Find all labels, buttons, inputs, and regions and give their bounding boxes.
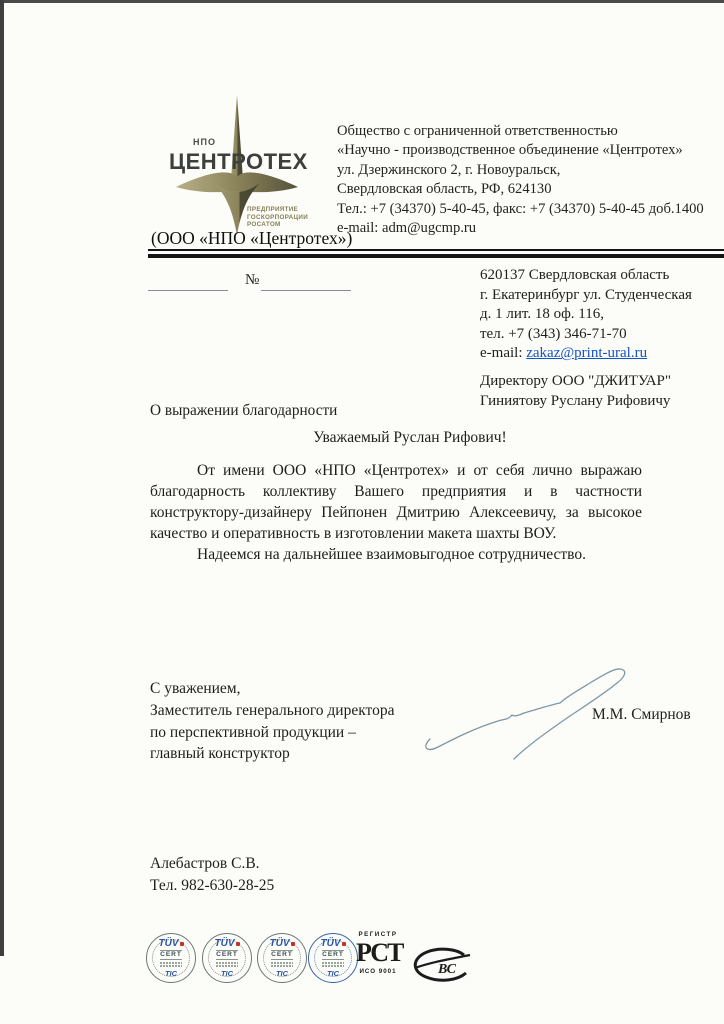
email-label: e-mail: (480, 345, 526, 361)
closing-line: С уважением, (150, 678, 395, 700)
tuv-logo: TÜV (215, 939, 240, 949)
closing-line: по перспективной продукции – (150, 722, 395, 744)
logo-caption-line: ГОСКОРПОРАЦИИ (247, 214, 308, 222)
tuv-microtext (322, 962, 344, 964)
letter-paragraph: От имени ООО «НПО «Центротех» и от себя … (150, 460, 642, 544)
tuv-cert-label: CERT (271, 950, 293, 960)
tuv-cert-stamp-3: TÜV CERT TIC (257, 933, 307, 983)
logo-npo-label: НПО (193, 137, 216, 147)
tuv-cert-stamp-1: TÜV CERT TIC (146, 933, 196, 983)
tic-label: TIC (327, 969, 339, 978)
ibc-label: ВС (437, 962, 457, 977)
contact-phone: Тел. 982-630-28-25 (150, 875, 274, 897)
recipient-email-line: e-mail: zakaz@print-ural.ru (480, 344, 692, 364)
org-short-name: (ООО «НПО «Центротех») (151, 228, 352, 249)
scan-edge-top (0, 0, 724, 3)
ibc-certification-logo: ВС (408, 946, 474, 984)
scan-edge-left (0, 0, 4, 956)
gost-r-register-mark: РЕГИСТР РСТ ИСО 9001 (356, 931, 400, 989)
addressee-line: Директору ООО "ДЖИТУАР" (480, 372, 692, 392)
number-sign: № (245, 272, 259, 289)
tic-label: TIC (165, 969, 177, 978)
iso-9001-label: ИСО 9001 (356, 968, 400, 975)
tuv-cert-label: CERT (322, 950, 344, 960)
tuv-logo: TÜV (159, 939, 184, 949)
tuv-microtext (216, 962, 238, 964)
letter-salutation: Уважаемый Руслан Рифович! (150, 429, 670, 447)
tuv-cert-stamp-2: TÜV CERT TIC (202, 933, 252, 983)
letter-paragraph: Надеемся на дальнейшее взаимовыгодное со… (150, 544, 642, 565)
recipient-address-line: 620137 Свердловская область (480, 266, 692, 286)
tuv-microtext (271, 965, 293, 967)
closing-block: С уважением, Заместитель генерального ди… (150, 678, 395, 765)
company-info-block: Общество с ограниченной ответственностью… (337, 122, 704, 238)
tuv-microtext (216, 965, 238, 967)
tuv-cert-label: CERT (160, 950, 182, 960)
tuv-microtext (160, 965, 182, 967)
recipient-address-line: д. 1 лит. 18 оф. 116, (480, 305, 692, 325)
closing-line: Заместитель генерального директора (150, 700, 395, 722)
header-divider (148, 249, 724, 258)
contact-block: Алебастров С.В. Тел. 982-630-28-25 (150, 853, 274, 897)
company-info-line: Тел.: +7 (34370) 5-40-45, факс: +7 (3437… (337, 200, 704, 219)
company-info-line: «Научно - производственное объединение «… (337, 141, 704, 160)
logo-caption-line: ПРЕДПРИЯТИЕ (247, 206, 308, 214)
register-label: РЕГИСТР (356, 931, 400, 938)
letter-body: От имени ООО «НПО «Центротех» и от себя … (150, 460, 642, 565)
company-info-line: Свердловская область, РФ, 624130 (337, 180, 704, 199)
addressee-line: Гиниятову Руслану Рифовичу (480, 392, 692, 412)
tuv-microtext (271, 962, 293, 964)
addressee-block: Директору ООО "ДЖИТУАР" Гиниятову Руслан… (480, 372, 692, 411)
scanned-letter-page: НПО ЦЕНТРОТЕХ ПРЕДПРИЯТИЕ ГОСКОРПОРАЦИИ … (0, 0, 724, 1024)
company-info-line: Общество с ограниченной ответственностью (337, 122, 704, 141)
tic-label: TIC (221, 969, 233, 978)
contact-name: Алебастров С.В. (150, 853, 274, 875)
company-info-line: e-mail: adm@ugcmp.ru (337, 219, 704, 238)
tuv-cert-stamp-4: TÜV CERT TIC (308, 933, 358, 983)
logo-caption: ПРЕДПРИЯТИЕ ГОСКОРПОРАЦИИ РОСАТОМ (247, 206, 308, 229)
recipient-email-link[interactable]: zakaz@print-ural.ru (526, 345, 647, 361)
company-info-line: ул. Дзержинского 2, г. Новоуральск, (337, 161, 704, 180)
tuv-cert-label: CERT (216, 950, 238, 960)
tuv-logo: TÜV (270, 939, 295, 949)
date-blank-line (148, 290, 228, 291)
recipient-block: 620137 Свердловская область г. Екатеринб… (480, 266, 692, 411)
recipient-address-line: тел. +7 (343) 346-71-70 (480, 325, 692, 345)
tic-label: TIC (276, 969, 288, 978)
logo-brand-name: ЦЕНТРОТЕХ (169, 149, 308, 175)
rst-monogram: РСТ (356, 938, 400, 968)
number-blank-line (261, 290, 351, 291)
closing-line: главный конструктор (150, 743, 395, 765)
tuv-microtext (160, 962, 182, 964)
signer-name: М.М. Смирнов (592, 706, 691, 724)
tuv-microtext (322, 965, 344, 967)
letter-subject: О выражении благодарности (150, 402, 337, 420)
tuv-logo: TÜV (321, 939, 346, 949)
recipient-address-line: г. Екатеринбург ул. Студенческая (480, 286, 692, 306)
